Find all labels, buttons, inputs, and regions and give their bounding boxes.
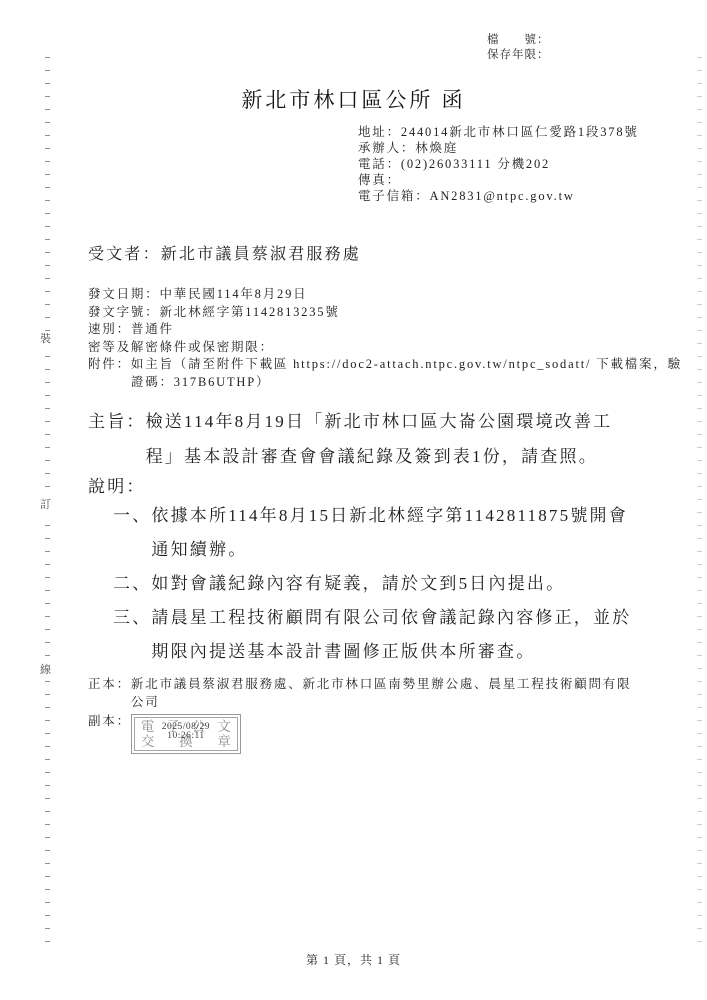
attachment-line: 附件： 如主旨（請至附件下載區 https://doc2-attach.ntpc… bbox=[88, 356, 683, 391]
margin-marker-line: 線 bbox=[40, 662, 51, 679]
original-label: 正本： bbox=[88, 676, 131, 711]
sender-fax: 傳真： bbox=[358, 172, 650, 188]
copy-recipients-line: 副本： 電 子 公 文 交 換 章 2025/08/29 bbox=[88, 713, 639, 754]
file-number-label: 檔 號： bbox=[487, 33, 550, 48]
electronic-exchange-stamp: 電 子 公 文 交 換 章 2025/08/29 10:26:11 bbox=[131, 714, 241, 754]
file-number-block: 檔 號： 保存年限： bbox=[487, 33, 550, 63]
description-label: 說明： bbox=[88, 472, 146, 497]
item-number: 三、 bbox=[113, 601, 151, 669]
sender-email: 電子信箱：AN2831@ntpc.gov.tw bbox=[358, 188, 650, 204]
description-item-2: 二、 如對會議紀錄內容有疑義，請於文到5日內提出。 bbox=[113, 567, 643, 601]
item-text: 如對會議紀錄內容有疑義，請於文到5日內提出。 bbox=[151, 567, 643, 601]
official-document-page: 裝 訂 線 檔 號： 保存年限： 新北市林口區公所 函 地址：244014新北市… bbox=[0, 0, 707, 1000]
original-recipients: 新北市議員蔡淑君服務處、新北市林口區南勢里辦公處、晨星工程技術顧問有限公司 bbox=[131, 676, 639, 711]
margin-marker-staple: 訂 bbox=[40, 497, 51, 514]
subject-text: 檢送114年8月19日「新北市林口區大崙公園環境改善工程」基本設計審查會會議紀錄… bbox=[146, 404, 638, 474]
stamp-time: 10:26:11 bbox=[132, 731, 240, 741]
doc-number-line: 發文字號：新北林經字第1142813235號 bbox=[88, 304, 683, 322]
sender-phone: 電話：(02)26033111 分機202 bbox=[358, 156, 650, 172]
recipient-line: 受文者：新北市議員蔡淑君服務處 bbox=[88, 241, 361, 264]
document-meta-block: 發文日期：中華民國114年8月29日 發文字號：新北林經字第1142813235… bbox=[88, 286, 683, 391]
item-text: 依據本所114年8月15日新北林經字第1142811875號開會通知續辦。 bbox=[151, 499, 643, 567]
margin-marker-binding: 裝 bbox=[40, 331, 51, 348]
right-binding-dashed-line bbox=[697, 57, 702, 952]
distribution-block: 正本： 新北市議員蔡淑君服務處、新北市林口區南勢里辦公處、晨星工程技術顧問有限公… bbox=[88, 676, 639, 754]
sender-officer: 承辦人：林煥庭 bbox=[358, 140, 650, 156]
attachment-text: 如主旨（請至附件下載區 https://doc2-attach.ntpc.gov… bbox=[131, 356, 683, 391]
page-number-footer: 第 1 頁，共 1 頁 bbox=[0, 951, 707, 968]
item-number: 二、 bbox=[113, 567, 151, 601]
document-title: 新北市林口區公所 函 bbox=[0, 84, 707, 114]
sender-address: 地址：244014新北市林口區仁愛路1段378號 bbox=[358, 124, 648, 140]
subject-section: 主旨： 檢送114年8月19日「新北市林口區大崙公園環境改善工程」基本設計審查會… bbox=[88, 404, 638, 474]
retention-period-label: 保存年限： bbox=[487, 48, 550, 63]
security-line: 密等及解密條件或保密期限： bbox=[88, 339, 683, 357]
item-number: 一、 bbox=[113, 499, 151, 567]
description-item-1: 一、 依據本所114年8月15日新北林經字第1142811875號開會通知續辦。 bbox=[113, 499, 643, 567]
original-recipients-line: 正本： 新北市議員蔡淑君服務處、新北市林口區南勢里辦公處、晨星工程技術顧問有限公… bbox=[88, 676, 639, 711]
sender-contact-block: 地址：244014新北市林口區仁愛路1段378號 承辦人：林煥庭 電話：(02)… bbox=[358, 124, 650, 204]
description-item-3: 三、 請晨星工程技術顧問有限公司依會議記錄內容修正，並於期限內提送基本設計書圖修… bbox=[113, 601, 643, 669]
copy-label: 副本： bbox=[88, 713, 131, 731]
priority-line: 速別：普通件 bbox=[88, 321, 683, 339]
description-items: 一、 依據本所114年8月15日新北林經字第1142811875號開會通知續辦。… bbox=[113, 499, 643, 669]
item-text: 請晨星工程技術顧問有限公司依會議記錄內容修正，並於期限內提送基本設計書圖修正版供… bbox=[151, 601, 643, 669]
issue-date-line: 發文日期：中華民國114年8月29日 bbox=[88, 286, 683, 304]
attachment-label: 附件： bbox=[88, 356, 131, 391]
subject-label: 主旨： bbox=[88, 404, 146, 474]
